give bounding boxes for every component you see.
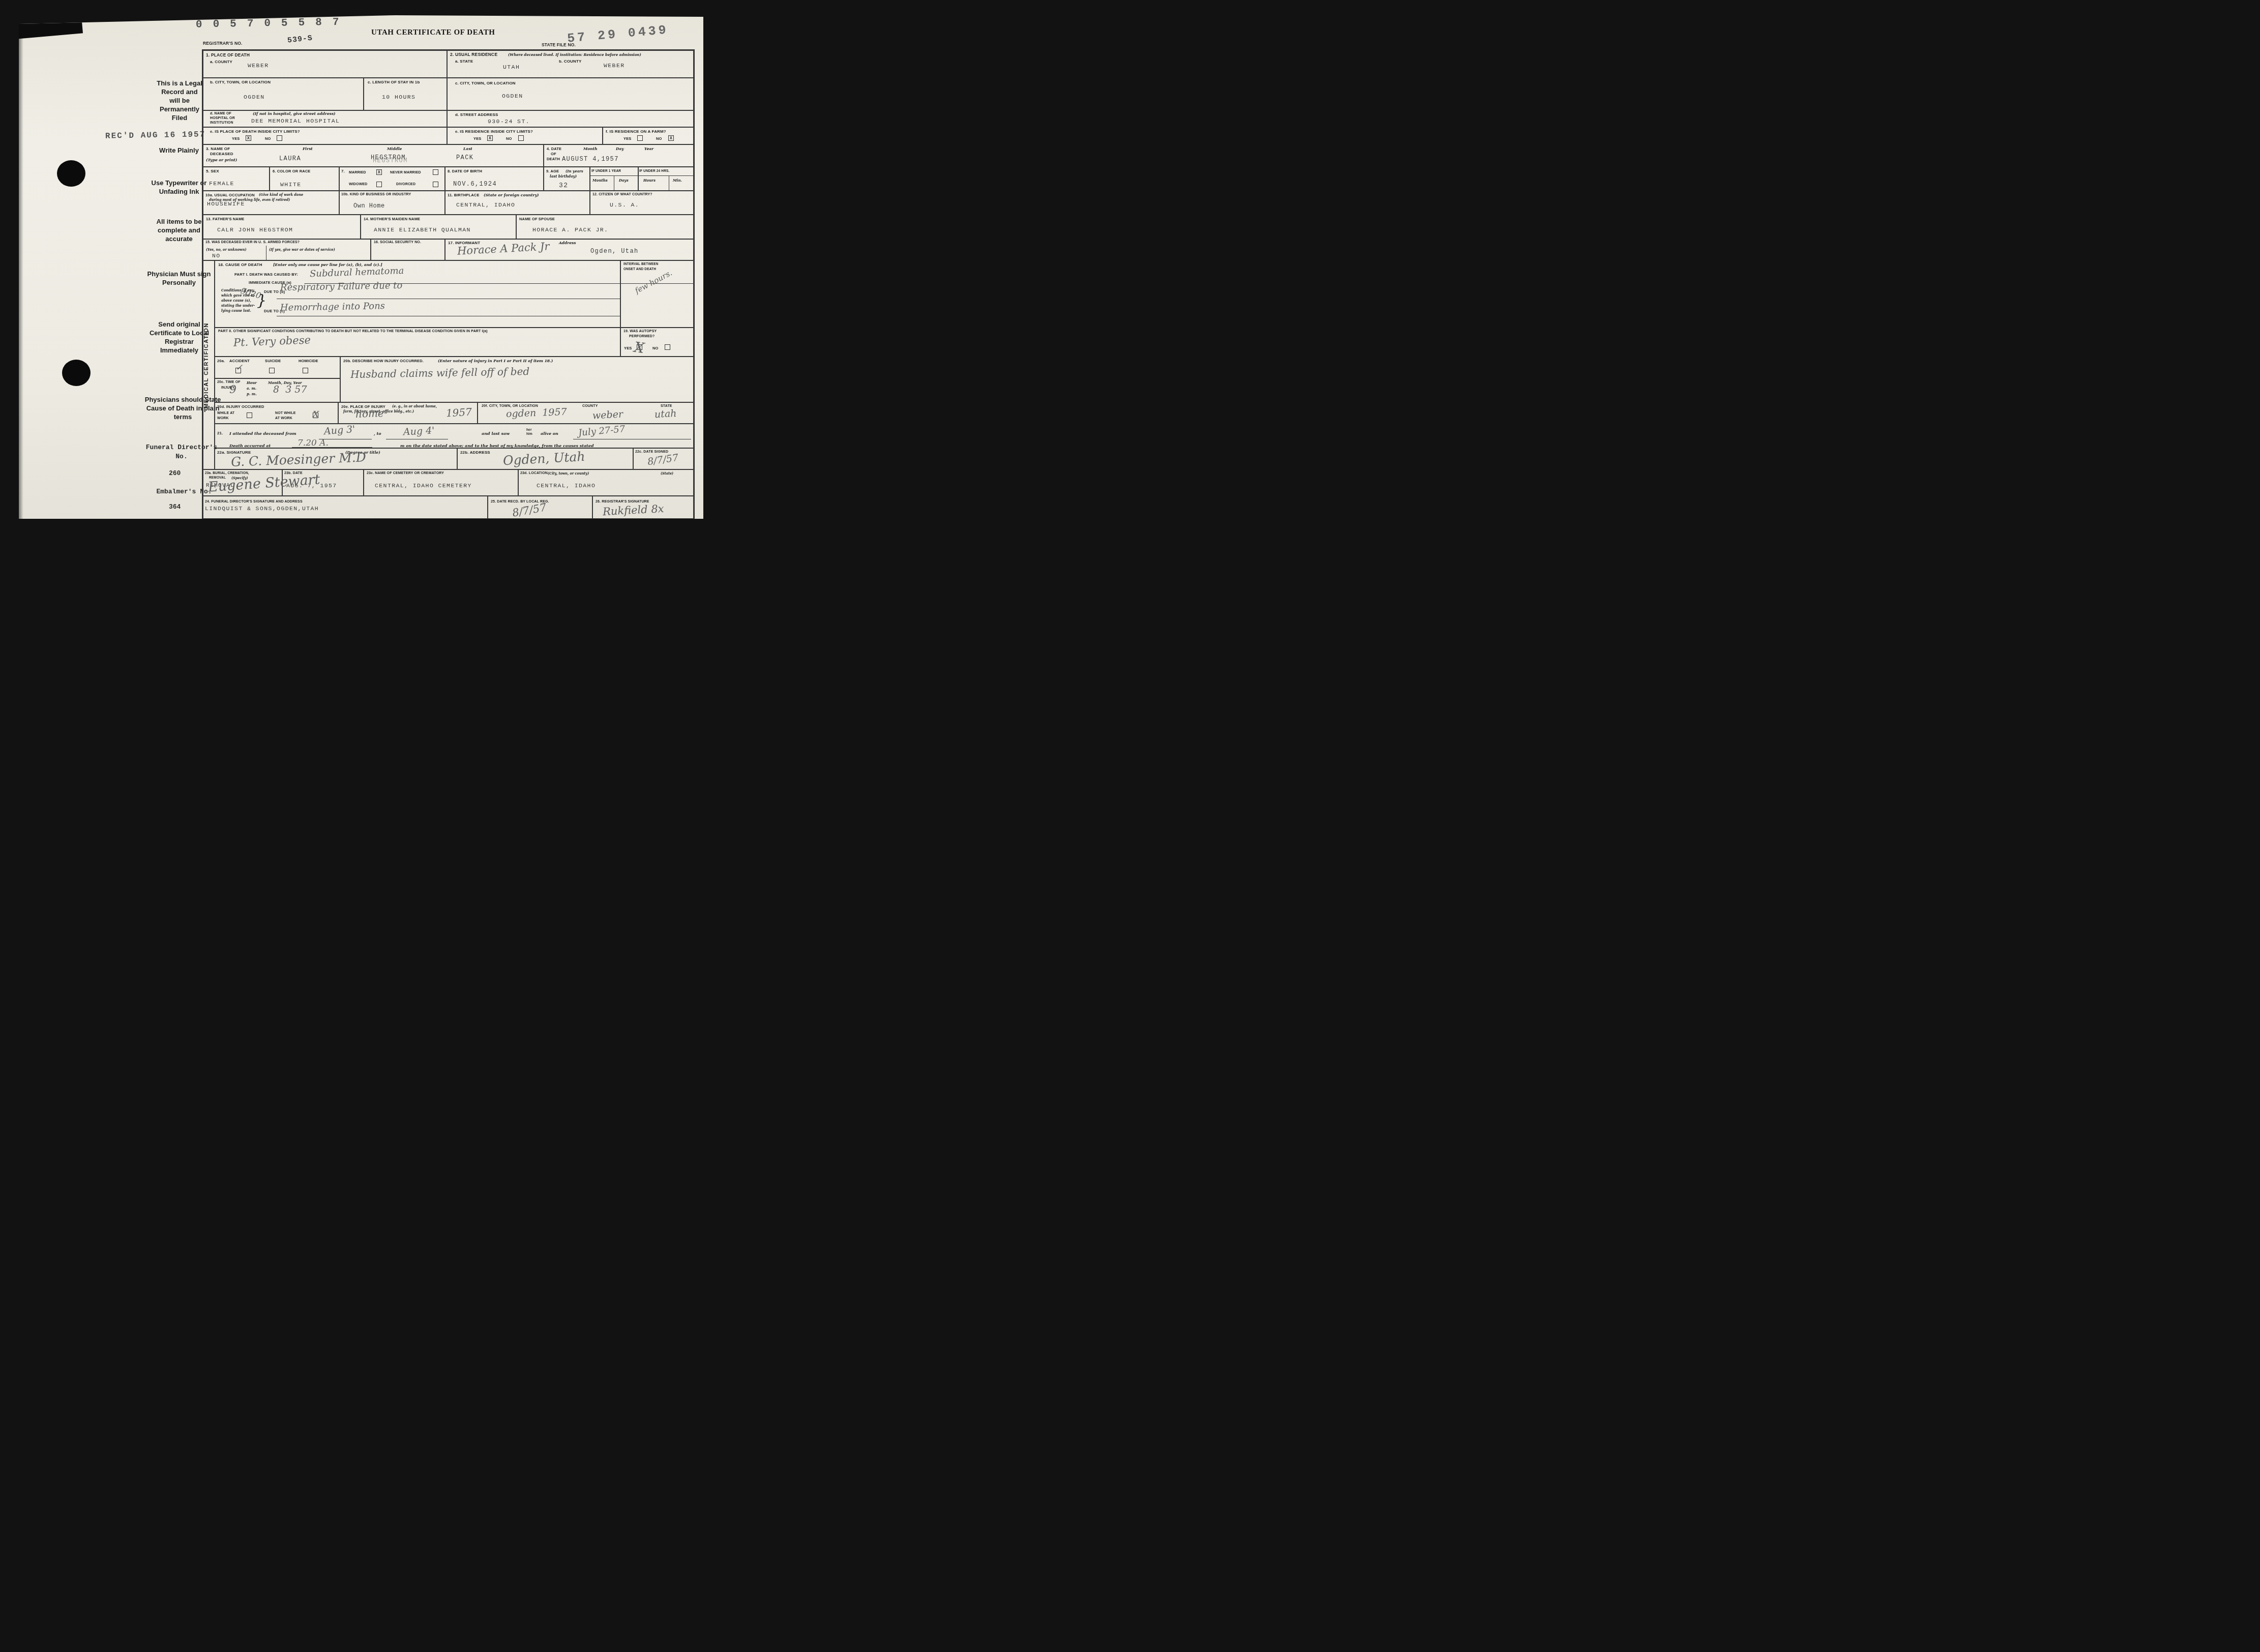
- date-of-death-label-3: DEATH: [547, 157, 560, 161]
- while-at-work-checkbox: [247, 412, 252, 418]
- not-while-at-work-label-1: NOT WHILE: [275, 411, 296, 415]
- suicide-label: SUICIDE: [265, 359, 281, 363]
- middle-name-value: HEGSTROM: [371, 154, 406, 161]
- funeral-directors-no-value: 260: [169, 469, 181, 478]
- marital-number: 7.: [341, 169, 345, 173]
- name-deceased-label-2: DECEASED: [210, 152, 233, 156]
- hospital-label-2: HOSPITAL OR: [210, 116, 235, 120]
- funeral-director-value: LINDQUIST & SONS,OGDEN,UTAH: [205, 506, 319, 512]
- homicide-checkbox: [303, 368, 308, 373]
- attended-to-value: Aug 4': [403, 425, 435, 437]
- cause-c-line: [277, 316, 620, 316]
- conditions-note-1: Conditions, if any,: [221, 288, 255, 292]
- armed-forces-note-divider: [266, 246, 266, 260]
- place-of-injury-value-2: 1957: [445, 406, 472, 420]
- injury-state-value: utah: [654, 408, 677, 420]
- never-married-checkbox: [433, 169, 438, 175]
- death-limits-yes-checkbox: X: [246, 135, 251, 141]
- death-county-label: a. COUNTY: [210, 60, 232, 64]
- conditions-note-4: stating the under-: [221, 304, 255, 308]
- under-1-year-header: IF UNDER 1 YEAR: [591, 169, 621, 173]
- date-signed-label: 22c. DATE SIGNED: [635, 450, 668, 454]
- medical-certification-label: MEDICAL CERTIFICATION: [203, 261, 215, 470]
- death-occurred-text: Death occurred at: [229, 443, 271, 448]
- birthplace-value: CENTRAL, IDAHO: [456, 202, 515, 209]
- death-limits-yes-label: YES: [232, 136, 240, 141]
- length-of-stay-value: 10 HOURS: [382, 94, 415, 101]
- farm-yes-checkbox: [637, 135, 643, 141]
- residence-limits-yes-checkbox: X: [487, 135, 493, 141]
- funeral-director-label: 24. FUNERAL DIRECTOR'S SIGNATURE AND ADD…: [205, 500, 303, 504]
- pm-label: p. m.: [247, 392, 257, 396]
- burial-label-1: 23a. BURIAL, CREMATION,: [205, 471, 249, 475]
- hospital-note: (If not in hospital, give street address…: [253, 111, 336, 116]
- autopsy-no-label: NO: [652, 346, 659, 350]
- armed-forces-note-2: (If yes, give war or dates of service): [269, 248, 335, 252]
- father-name-value: CALR JOHN HEGSTROM: [217, 227, 293, 233]
- residence-city-label: c. CITY, TOWN, OR LOCATION: [455, 81, 516, 85]
- residence-county-label: b. COUNTY: [559, 59, 581, 64]
- under-24-hrs-header: IF UNDER 24 HRS.: [639, 169, 669, 173]
- how-injury-note: (Enter nature of injury in Part I or Par…: [438, 359, 553, 363]
- attended-text-4: alive on: [541, 431, 558, 436]
- scan-dark-corner: [14, 7, 83, 39]
- injury-county-value: weber: [592, 408, 623, 421]
- registrar-no-label: REGISTRAR'S NO.: [203, 41, 242, 46]
- cemetery-location-label: 23d. LOCATION: [520, 471, 548, 475]
- physician-address-label: 22b. ADDRESS: [460, 450, 490, 455]
- residence-state-value: UTAH: [503, 64, 520, 71]
- age-note-2: last birthday): [550, 174, 577, 179]
- min-header: Min.: [673, 178, 682, 183]
- certificate-form: MEDICAL CERTIFICATION 1. PLACE OF DEATH …: [202, 49, 695, 520]
- informant-address-header: Address: [559, 241, 576, 245]
- date-of-death-label-2: OF: [551, 152, 556, 156]
- interval-header-2: ONSET AND DEATH: [623, 268, 656, 271]
- hole-punch-bottom: [62, 360, 91, 386]
- registrar-signature-label: 26. REGISTRAR'S SIGNATURE: [596, 500, 649, 504]
- residence-limits-no-label: NO: [506, 136, 512, 141]
- margin-legal-record: This is a Legal Record and will be Perma…: [155, 79, 204, 122]
- injury-county-label: COUNTY: [582, 404, 598, 408]
- interval-header-1: INTERVAL BETWEEN: [623, 262, 659, 266]
- cell-cause-of-death: [215, 260, 620, 328]
- type-or-print-note: (Type or print): [206, 158, 237, 162]
- suicide-checkbox: [269, 368, 275, 373]
- birthplace-note: (State or foreign country): [484, 193, 539, 197]
- state-file-no-value: 57 29 0439: [567, 22, 669, 46]
- residence-state-label: a. STATE: [455, 59, 473, 64]
- not-while-at-work-label-2: AT WORK: [275, 417, 292, 420]
- date-of-death-value: AUGUST 4,1957: [562, 156, 619, 163]
- citizen-value: U.S. A.: [610, 202, 639, 209]
- cemetery-location-value: CENTRAL, IDAHO: [537, 483, 596, 489]
- name-deceased-label-1: 3. NAME OF: [206, 146, 230, 151]
- autopsy-yes-label: YES: [624, 346, 632, 350]
- registrar-no-value: 539-S: [287, 34, 313, 45]
- attended-text-2: , to: [374, 431, 381, 436]
- never-married-label: NEVER MARRIED: [390, 171, 421, 174]
- armed-forces-note-1: (Yes, no, or unknown): [206, 248, 247, 252]
- age-label: 9. AGE: [546, 169, 559, 173]
- residence-county-value: WEBER: [604, 63, 625, 69]
- age-subheader-divider: [590, 175, 694, 176]
- part2-label: PART II. OTHER SIGNIFICANT CONDITIONS CO…: [218, 330, 488, 333]
- her-word: her: [526, 428, 532, 432]
- farm-no-checkbox: X: [668, 135, 674, 141]
- time-of-injury-label-1: 20c. TIME OF: [217, 380, 241, 384]
- cemetery-state-note: (State): [661, 471, 673, 476]
- conditions-brace: }: [257, 291, 266, 309]
- date-of-birth-label: 8. DATE OF BIRTH: [448, 169, 482, 173]
- residence-limits-no-checkbox: [518, 135, 524, 141]
- age-value: 32: [559, 182, 568, 189]
- months-header: Months: [592, 178, 608, 183]
- serial-number-stamp: 005705587: [196, 16, 350, 31]
- cause-of-death-label: 18. CAUSE OF DEATH: [218, 262, 262, 267]
- attended-text-1: I attended the deceased from: [229, 431, 296, 436]
- while-at-work-label-1: WHILE AT: [217, 411, 234, 415]
- homicide-label: HOMICIDE: [299, 359, 318, 363]
- street-address-value: 930-24 ST.: [488, 119, 530, 125]
- conditions-note-3: above cause (a),: [221, 299, 251, 303]
- farm-no-label: NO: [656, 136, 662, 141]
- informant-address-value: Ogden, Utah: [590, 248, 639, 255]
- embalmers-no-value: 364: [169, 503, 181, 512]
- injury-date-value: 8 3 57: [273, 384, 307, 395]
- industry-value: Own Home: [353, 202, 385, 210]
- first-name-value: LAURA: [279, 155, 301, 162]
- cause-b-line: [277, 299, 620, 299]
- death-limits-no-label: NO: [265, 136, 271, 141]
- hole-punch-top: [57, 160, 85, 187]
- residence-limits-yes-label: YES: [473, 136, 481, 141]
- last-name-value: PACK: [456, 154, 473, 161]
- color-race-value: WHITE: [280, 182, 302, 188]
- how-injury-label: 20b. DESCRIBE HOW INJURY OCCURRED.: [343, 359, 424, 363]
- farm-label: f. IS RESIDENCE ON A FARM?: [606, 129, 666, 134]
- attended-text-3: and last saw: [482, 431, 510, 436]
- autopsy-no-checkbox: [665, 344, 670, 350]
- attended-from-value: Aug 3': [323, 424, 355, 437]
- citizen-label: 12. CITIZEN OF WHAT COUNTRY?: [592, 193, 652, 196]
- usual-residence-note: (Where deceased lived. If institution: R…: [508, 52, 641, 57]
- death-limits-no-checkbox: [277, 135, 282, 141]
- sex-value: FEMALE: [209, 181, 234, 187]
- month-header: Month: [583, 146, 598, 151]
- certificate-title: UTAH CERTIFICATE OF DEATH: [371, 28, 495, 37]
- married-checkbox: X: [376, 169, 382, 175]
- conditions-note-2: which gave rise to: [221, 293, 255, 298]
- length-of-stay-label: c. LENGTH OF STAY IN 1b: [368, 80, 420, 84]
- widowed-checkbox: [376, 182, 382, 187]
- autopsy-label-1: 19. WAS AUTOPSY: [623, 330, 657, 333]
- divorced-label: DIVORCED: [396, 183, 415, 186]
- date-of-death-label-1: 4. DATE: [547, 146, 561, 151]
- occupation-value: HOUSEWIFE: [207, 201, 245, 208]
- hours-header: Hours: [643, 178, 656, 183]
- death-occurred-text-2: m on the date stated above; and to the b…: [400, 443, 593, 448]
- mother-name-value: ANNIE ELIZABETH QUALMAN: [374, 227, 471, 233]
- first-name-header: First: [303, 146, 313, 151]
- color-race-label: 6. COLOR OR RACE: [273, 169, 311, 173]
- attended-to-line: [386, 439, 448, 439]
- hospital-label-1: d. NAME OF: [210, 112, 231, 115]
- social-security-label: 16. SOCIAL SECURITY NO.: [374, 241, 421, 244]
- last-name-header: Last: [463, 146, 472, 151]
- injury-occurred-label: 20d. INJURY OCCURRED: [217, 404, 264, 409]
- occupation-label: 10a. USUAL OCCUPATION: [205, 193, 255, 197]
- conditions-note-5: lying cause last.: [221, 309, 251, 313]
- armed-forces-label: 15. WAS DECEASED EVER IN U. S. ARMED FOR…: [205, 241, 300, 244]
- cemetery-location-note: (City, town, or county): [548, 471, 589, 476]
- item-21-number: 21.: [217, 431, 223, 435]
- death-city-value: OGDEN: [244, 94, 265, 101]
- married-label: MARRIED: [349, 171, 366, 174]
- father-name-label: 13. FATHER'S NAME: [206, 217, 244, 221]
- birthplace-label: 11. BIRTHPLACE: [448, 193, 480, 197]
- autopsy-label-2: PERFORMED?: [629, 335, 655, 338]
- hours-min-divider: [669, 175, 669, 191]
- item-20a-number: 20a.: [217, 359, 225, 363]
- cemetery-value: CENTRAL, IDAHO CEMETERY: [375, 483, 472, 489]
- street-address-label: d. STREET ADDRESS: [455, 112, 498, 117]
- mother-name-label: 14. MOTHER'S MAIDEN NAME: [364, 217, 420, 221]
- day-header: Day: [616, 146, 624, 151]
- date-of-birth-value: NOV.6,1924: [453, 181, 497, 188]
- cemetery-label: 23c. NAME OF CEMETERY OR CREMATORY: [367, 471, 444, 475]
- spouse-name-value: HORACE A. PACK JR.: [532, 227, 608, 233]
- him-word: him: [526, 432, 532, 436]
- received-date-stamp: REC'D AUG 16 1957: [105, 130, 206, 140]
- am-label: a. m.: [247, 386, 256, 391]
- not-while-at-work-mark: X: [313, 409, 319, 420]
- sex-label: 5. SEX: [206, 169, 219, 173]
- divorced-checkbox: [433, 182, 438, 187]
- hospital-value: DEE MEMORIAL HOSPITAL: [251, 118, 340, 125]
- accident-check-mark: ✓: [235, 363, 243, 373]
- year-header: Year: [644, 146, 653, 151]
- injury-hour-value: 9: [229, 383, 236, 396]
- death-time-value: 7.20 A.: [298, 438, 329, 448]
- paper-crease: [19, 13, 23, 519]
- cause-b-value: Respiratory Failure due to: [280, 280, 403, 293]
- injury-city-value: ogden 1957: [506, 406, 567, 420]
- place-of-injury-note-1: (e. g., in or about home,: [392, 404, 437, 408]
- armed-forces-value: NO: [212, 253, 221, 259]
- death-time-line: [292, 447, 372, 448]
- place-of-injury-value: home: [355, 407, 384, 420]
- farm-yes-label: YES: [623, 136, 631, 141]
- death-county-value: WEBER: [248, 63, 269, 69]
- death-city-label: b. CITY, TOWN, OR LOCATION: [210, 80, 271, 84]
- place-of-death-title: 1. PLACE OF DEATH: [206, 52, 250, 57]
- last-alive-line: [573, 439, 691, 439]
- months-days-divider: [614, 175, 614, 191]
- while-at-work-label-2: WORK: [217, 417, 229, 420]
- death-city-limits-label: e. IS PLACE OF DEATH INSIDE CITY LIMITS?: [210, 129, 300, 134]
- certificate-paper: This is a Legal Record and will be Perma…: [19, 13, 703, 519]
- days-header: Days: [619, 178, 629, 183]
- middle-name-header: Middle: [387, 146, 402, 151]
- injury-state-label: STATE: [661, 404, 672, 408]
- occupation-note-1: (Give kind of work done: [259, 193, 303, 197]
- residence-city-value: OGDEN: [502, 93, 523, 100]
- cell-medical-certification-strip: MEDICAL CERTIFICATION: [203, 260, 215, 469]
- cause-c-value: Hemorrhage into Pons: [280, 301, 385, 313]
- spouse-name-label: NAME OF SPOUSE: [519, 217, 555, 221]
- residence-limits-label: e. IS RESIDENCE INSIDE CITY LIMITS?: [455, 129, 533, 134]
- age-note-1: (In years: [566, 169, 583, 173]
- widowed-label: WIDOWED: [349, 183, 367, 186]
- hour-column-header: Hour: [247, 380, 257, 385]
- hospital-label-3: INSTITUTION: [210, 121, 233, 125]
- usual-residence-title: 2. USUAL RESIDENCE: [450, 52, 497, 57]
- part1-label: PART I. DEATH WAS CAUSED BY:: [234, 272, 298, 277]
- industry-label: 10b. KIND OF BUSINESS OR INDUSTRY: [341, 193, 411, 196]
